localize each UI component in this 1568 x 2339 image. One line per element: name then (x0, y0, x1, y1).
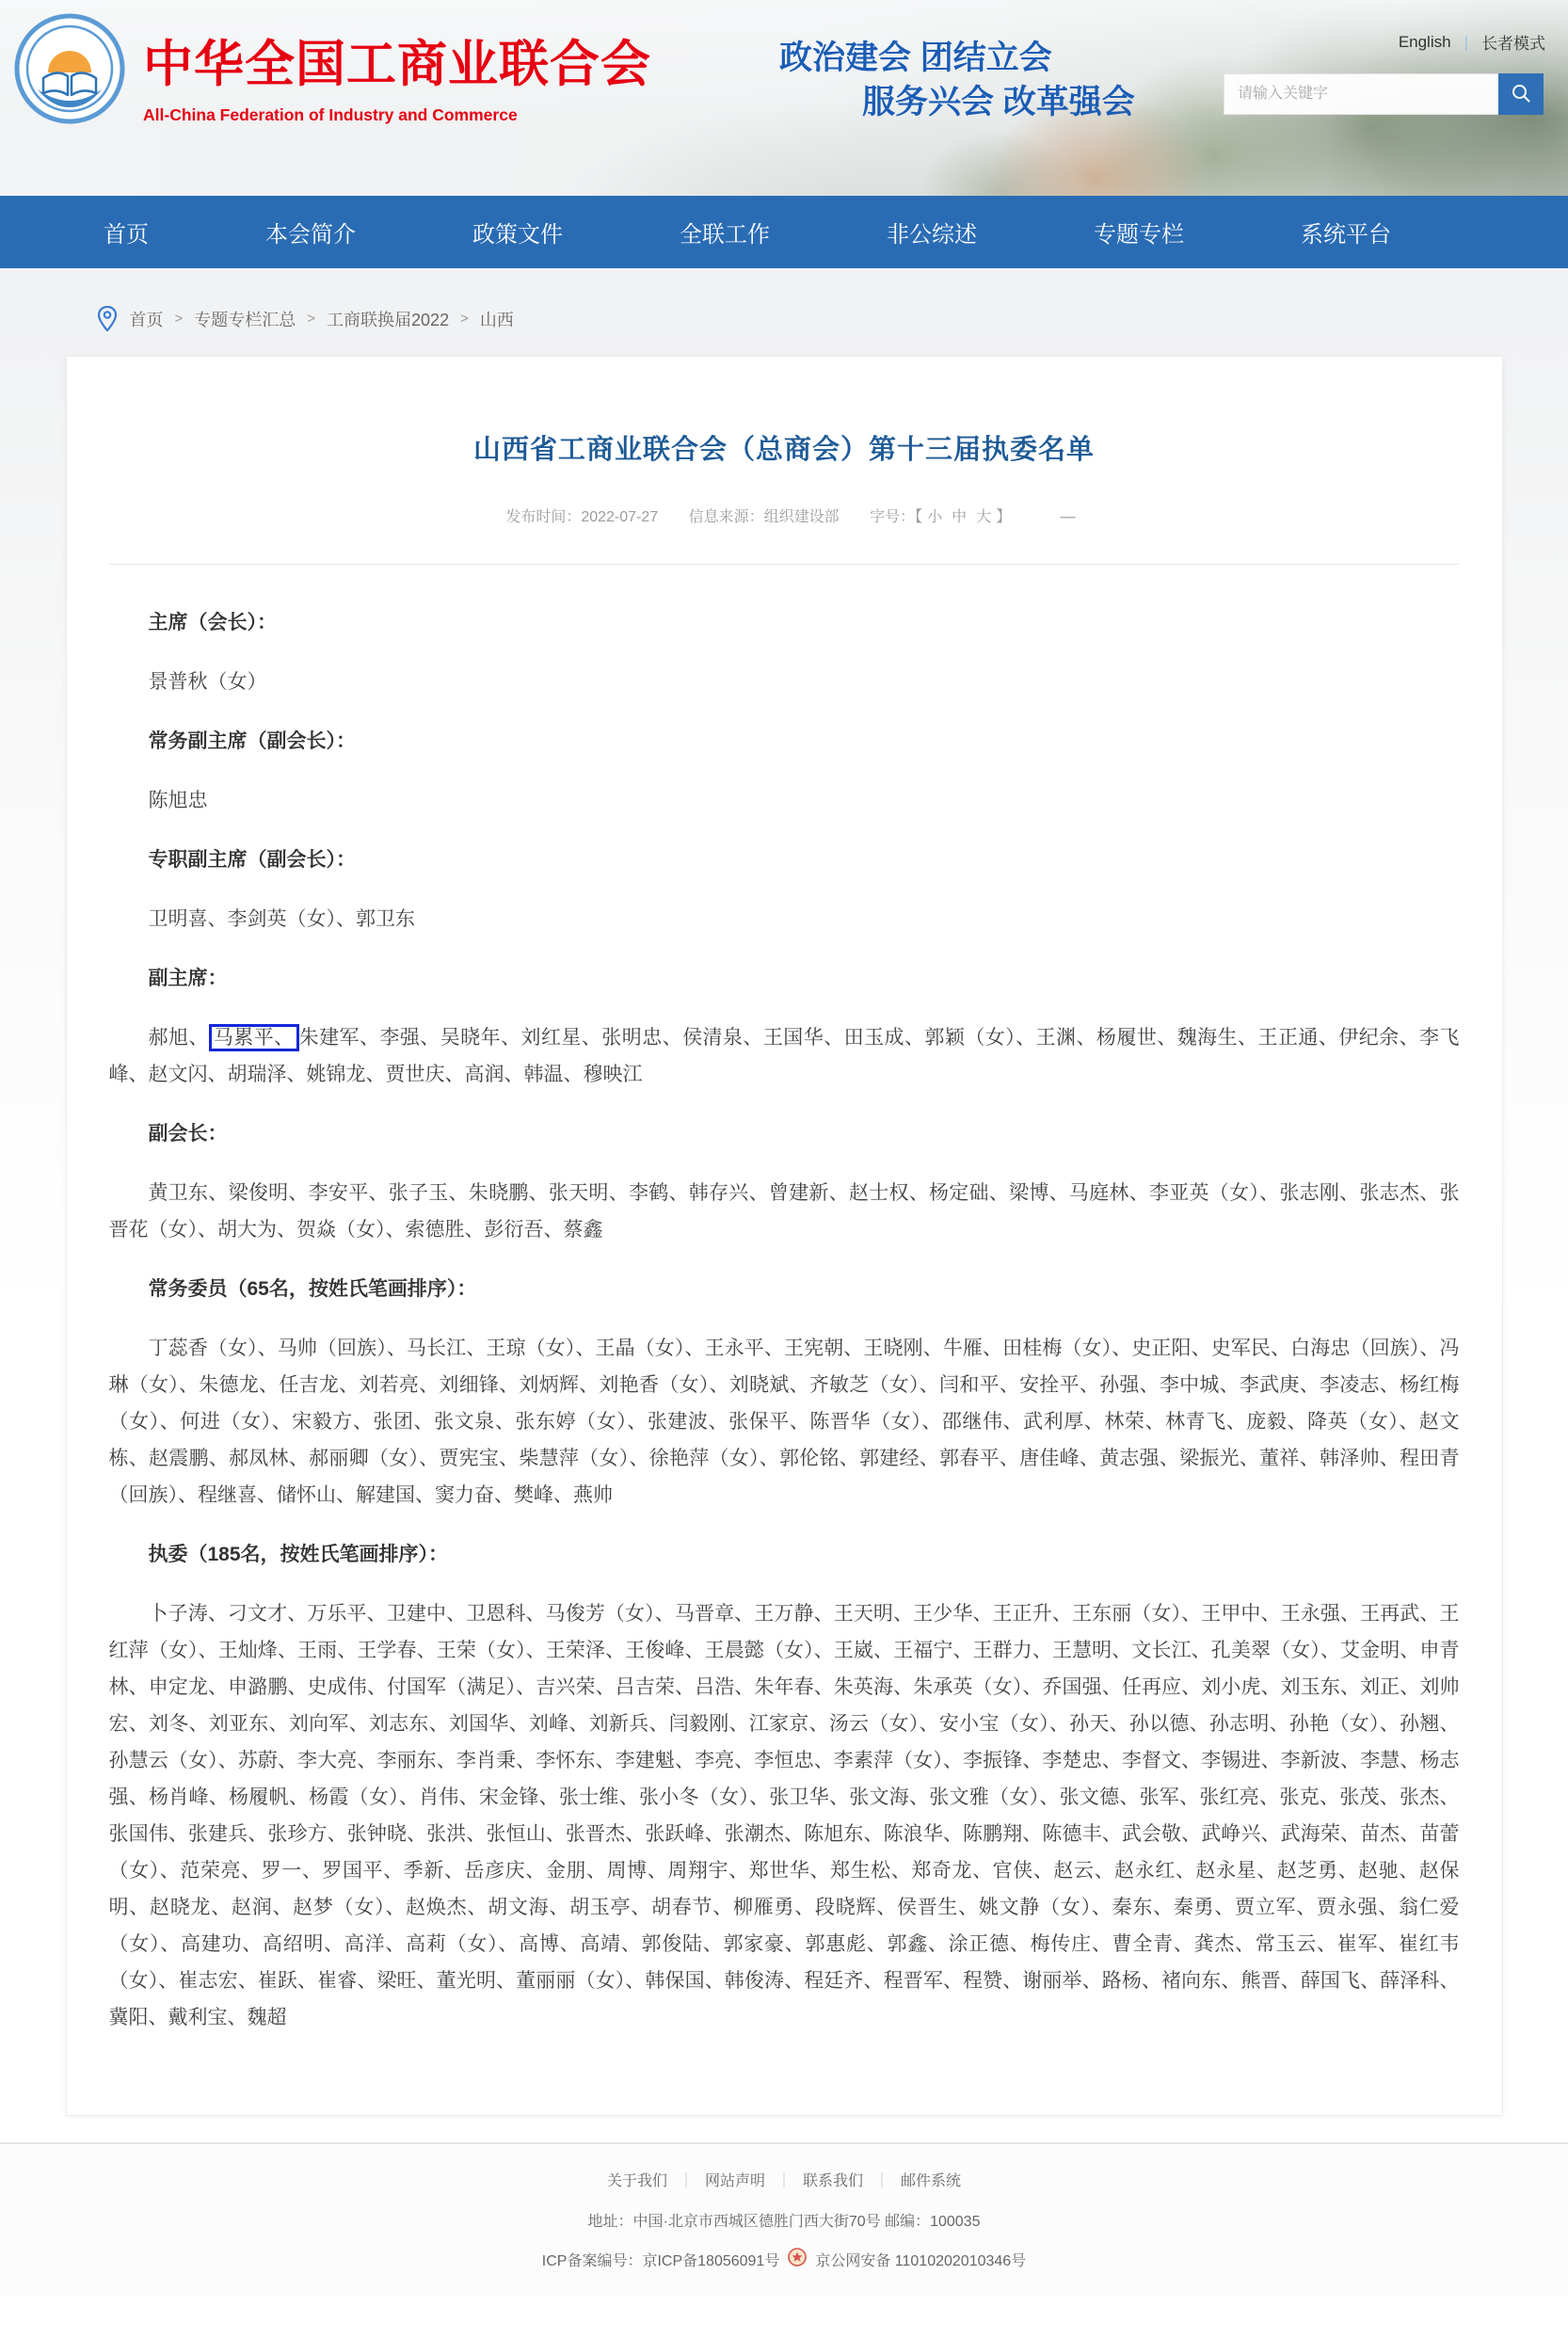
fontsize-large-button[interactable]: 大 (976, 509, 991, 525)
nav-item-work[interactable]: 全联工作 (680, 216, 770, 248)
nav-item-platform[interactable]: 系统平台 (1301, 216, 1391, 248)
search-icon (1511, 83, 1531, 106)
org-name-cn: 中华全国工商业联合会 (143, 24, 651, 96)
section-heading-exec-vice-chairman: 常务副主席（副会长）： (109, 723, 1460, 760)
topbar: English | 长者模式 (1399, 30, 1545, 54)
nav-item-about[interactable]: 本会简介 (265, 216, 356, 248)
nav-item-home[interactable]: 首页 (104, 216, 149, 248)
footer-links: 关于我们 ｜ 网站声明 ｜ 联系我们 ｜ 邮件系统 (0, 2169, 1568, 2190)
section-names-fulltime-vice-chairman: 卫明喜、李剑英（女）、郭卫东 (109, 901, 1460, 937)
section-names-chairman: 景普秋（女） (109, 664, 1460, 700)
section-names-vice-chairman: 郝旭、马累平、朱建军、李强、吴晓年、刘红星、张明忠、侯清泉、王国华、田玉成、郭颖… (109, 1019, 1460, 1093)
section-heading-vice-chairman: 副主席： (109, 960, 1460, 997)
english-link[interactable]: English (1399, 33, 1451, 52)
icp-number: ICP备案编号：京ICP备18056091号 (542, 2249, 780, 2270)
slogan-line2: 服务兴会 改革强会 (862, 80, 1135, 124)
info-source: 信息来源：组织建设部 (689, 509, 840, 525)
breadcrumb-current-shanxi: 山西 (480, 307, 514, 331)
section-heading-exec-committee: 执委（185名，按姓氏笔画排序）： (109, 1536, 1460, 1573)
main-nav: 首页 本会简介 政策文件 全联工作 非公综述 专题专栏 系统平台 (0, 196, 1568, 268)
org-title-block: 中华全国工商业联合会 All-China Federation of Indus… (143, 24, 651, 125)
breadcrumb-separator: > (175, 311, 184, 327)
site-slogan: 政治建会 团结立会 服务兴会 改革强会 (779, 36, 1135, 124)
footer-icp-row: ICP备案编号：京ICP备18056091号 京公网安备 11010202010… (0, 2248, 1568, 2271)
footer-address: 地址：中国·北京市西城区德胜门西大街70号 邮编：100035 (0, 2209, 1568, 2231)
breadcrumb-election-2022[interactable]: 工商联换届2022 (327, 307, 449, 331)
search-button[interactable] (1498, 73, 1544, 115)
acfic-logo-icon (13, 12, 126, 125)
section-names-exec-vice-chairman: 陈旭忠 (109, 782, 1460, 819)
publish-date: 发布时间：2022-07-27 (505, 509, 658, 525)
section-heading-vice-president: 副会长： (109, 1115, 1460, 1152)
footer: 关于我们 ｜ 网站声明 ｜ 联系我们 ｜ 邮件系统 地址：中国·北京市西城区德胜… (0, 2144, 1568, 2296)
police-record-link[interactable]: 京公网安备 11010202010346号 (815, 2249, 1026, 2270)
footer-link-separator: ｜ (679, 2169, 694, 2190)
highlighted-name-box: 马累平、 (209, 1024, 299, 1051)
org-name-en: All-China Federation of Industry and Com… (143, 105, 651, 125)
search-box (1224, 73, 1544, 115)
police-badge-icon (788, 2248, 807, 2271)
article-meta: 发布时间：2022-07-27 信息来源：组织建设部 字号：【小中大】 — (109, 505, 1460, 526)
footer-link-about[interactable]: 关于我们 (607, 2169, 667, 2190)
meta-divider (109, 564, 1460, 565)
nav-item-special[interactable]: 专题专栏 (1094, 216, 1184, 248)
fontsize-control: 字号：【小中大】 (870, 509, 1011, 525)
section-names-standing-committee: 丁蕊香（女）、马帅（回族）、马长江、王琼（女）、王晶（女）、王永平、王宪朝、王晓… (109, 1330, 1460, 1514)
names-before-highlight: 郝旭、 (149, 1027, 209, 1049)
names-after-highlight: 朱建军、李强、吴晓年、刘红星、张明忠、侯清泉、王国华、田玉成、郭颖（女）、王渊、… (109, 1027, 1460, 1085)
article-card: 山西省工商业联合会（总商会）第十三届执委名单 发布时间：2022-07-27 信… (66, 356, 1503, 2116)
elder-mode-link[interactable]: 长者模式 (1481, 30, 1545, 54)
section-names-exec-committee: 卜子涛、刁文才、万乐平、卫建中、卫恩科、马俊芳（女）、马晋章、王万静、王天明、王… (109, 1595, 1460, 2036)
section-heading-chairman: 主席（会长）： (109, 604, 1460, 641)
bracket-close: 】 (996, 509, 1011, 525)
section-names-vice-president: 黄卫东、梁俊明、李安平、张子玉、朱晓鹏、张天明、李鹤、韩存兴、曾建新、赵士权、杨… (109, 1175, 1460, 1248)
breadcrumb-home[interactable]: 首页 (130, 307, 164, 331)
footer-link-contact[interactable]: 联系我们 (803, 2169, 863, 2190)
meta-dash-icon: — (1061, 509, 1076, 526)
article-body: 主席（会长）： 景普秋（女） 常务副主席（副会长）： 陈旭忠 专职副主席（副会长… (109, 604, 1460, 2036)
breadcrumb: 首页 > 专题专栏汇总 > 工商联换届2022 > 山西 (66, 306, 1503, 331)
location-pin-icon (98, 306, 117, 331)
fontsize-small-button[interactable]: 小 (927, 509, 942, 525)
breadcrumb-special-columns[interactable]: 专题专栏汇总 (194, 307, 296, 331)
section-heading-standing-committee: 常务委员（65名，按姓氏笔画排序）： (109, 1271, 1460, 1307)
nav-item-policy[interactable]: 政策文件 (472, 216, 563, 248)
footer-link-mail-system[interactable]: 邮件系统 (901, 2169, 961, 2190)
bracket-open: 【 (915, 509, 922, 525)
section-heading-fulltime-vice-chairman: 专职副主席（副会长）： (109, 841, 1460, 878)
footer-link-separator: ｜ (874, 2169, 889, 2190)
header-banner: 中华全国工商业联合会 All-China Federation of Indus… (0, 0, 1568, 196)
nav-item-nonpublic[interactable]: 非公综述 (887, 216, 977, 248)
breadcrumb-separator: > (307, 311, 315, 327)
footer-link-separator: ｜ (776, 2169, 792, 2190)
fontsize-label: 字号： (870, 509, 915, 525)
topbar-divider: | (1464, 33, 1468, 52)
slogan-line1: 政治建会 团结立会 (779, 36, 1135, 80)
breadcrumb-separator: > (460, 311, 469, 327)
footer-link-statement[interactable]: 网站声明 (705, 2169, 765, 2190)
fontsize-medium-button[interactable]: 中 (952, 509, 967, 525)
article-title: 山西省工商业联合会（总商会）第十三届执委名单 (109, 428, 1460, 467)
search-input[interactable] (1224, 73, 1498, 115)
